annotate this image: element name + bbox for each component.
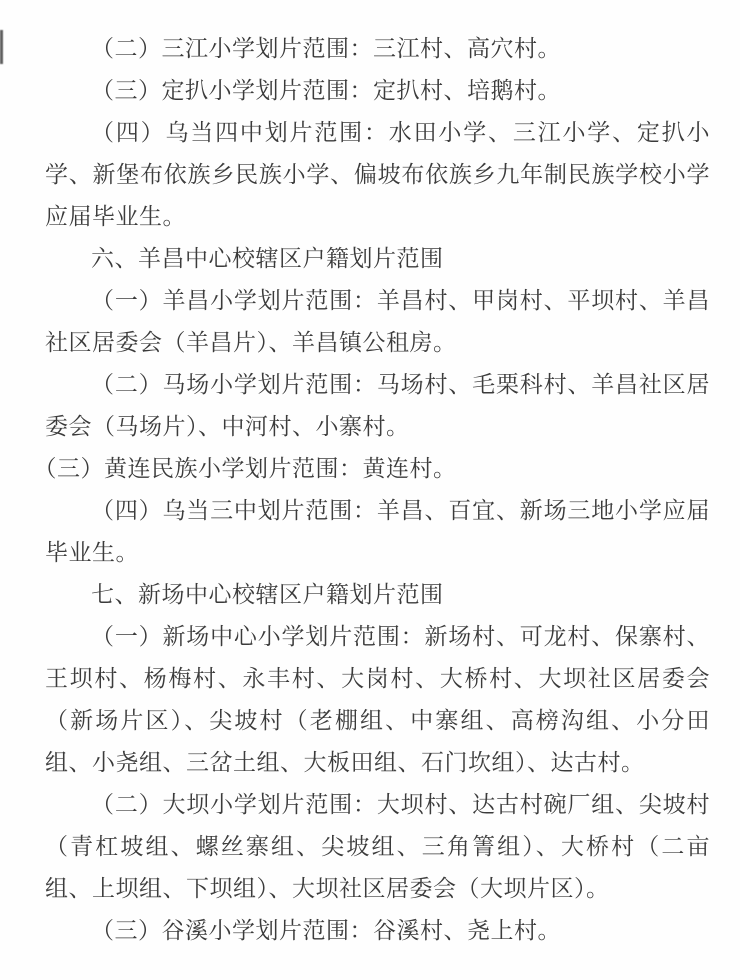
document-paragraph: （三）定扒小学划片范围：定扒村、培鹅村。 xyxy=(45,70,710,112)
document-page: （二）三江小学划片范围：三江村、高穴村。 （三）定扒小学划片范围：定扒村、培鹅村… xyxy=(0,0,740,980)
section-heading: 六、羊昌中心校辖区户籍划片范围 xyxy=(45,238,710,280)
section-heading: 七、新场中心校辖区户籍划片范围 xyxy=(45,574,710,616)
document-paragraph: （三）谷溪小学划片范围：谷溪村、尧上村。 xyxy=(45,910,710,952)
document-paragraph: （三）黄连民族小学划片范围：黄连村。 xyxy=(45,448,710,490)
document-paragraph: （一）新场中心小学划片范围：新场村、可龙村、保寨村、王坝村、杨梅村、永丰村、大岗… xyxy=(45,616,710,784)
document-paragraph: （四）乌当三中划片范围：羊昌、百宜、新场三地小学应届毕业生。 xyxy=(45,490,710,574)
document-paragraph: （四）乌当四中划片范围：水田小学、三江小学、定扒小学、新堡布依族乡民族小学、偏坡… xyxy=(45,112,710,238)
document-paragraph: （二）大坝小学划片范围：大坝村、达古村碗厂组、尖坡村（青杠坡组、螺丝寨组、尖坡组… xyxy=(45,784,710,910)
scan-edge-artifact xyxy=(0,30,3,64)
document-paragraph: （二）三江小学划片范围：三江村、高穴村。 xyxy=(45,28,710,70)
document-paragraph: （一）羊昌小学划片范围：羊昌村、甲岗村、平坝村、羊昌社区居委会（羊昌片）、羊昌镇… xyxy=(45,280,710,364)
document-paragraph: （二）马场小学划片范围：马场村、毛栗科村、羊昌社区居委会（马场片）、中河村、小寨… xyxy=(45,364,710,448)
